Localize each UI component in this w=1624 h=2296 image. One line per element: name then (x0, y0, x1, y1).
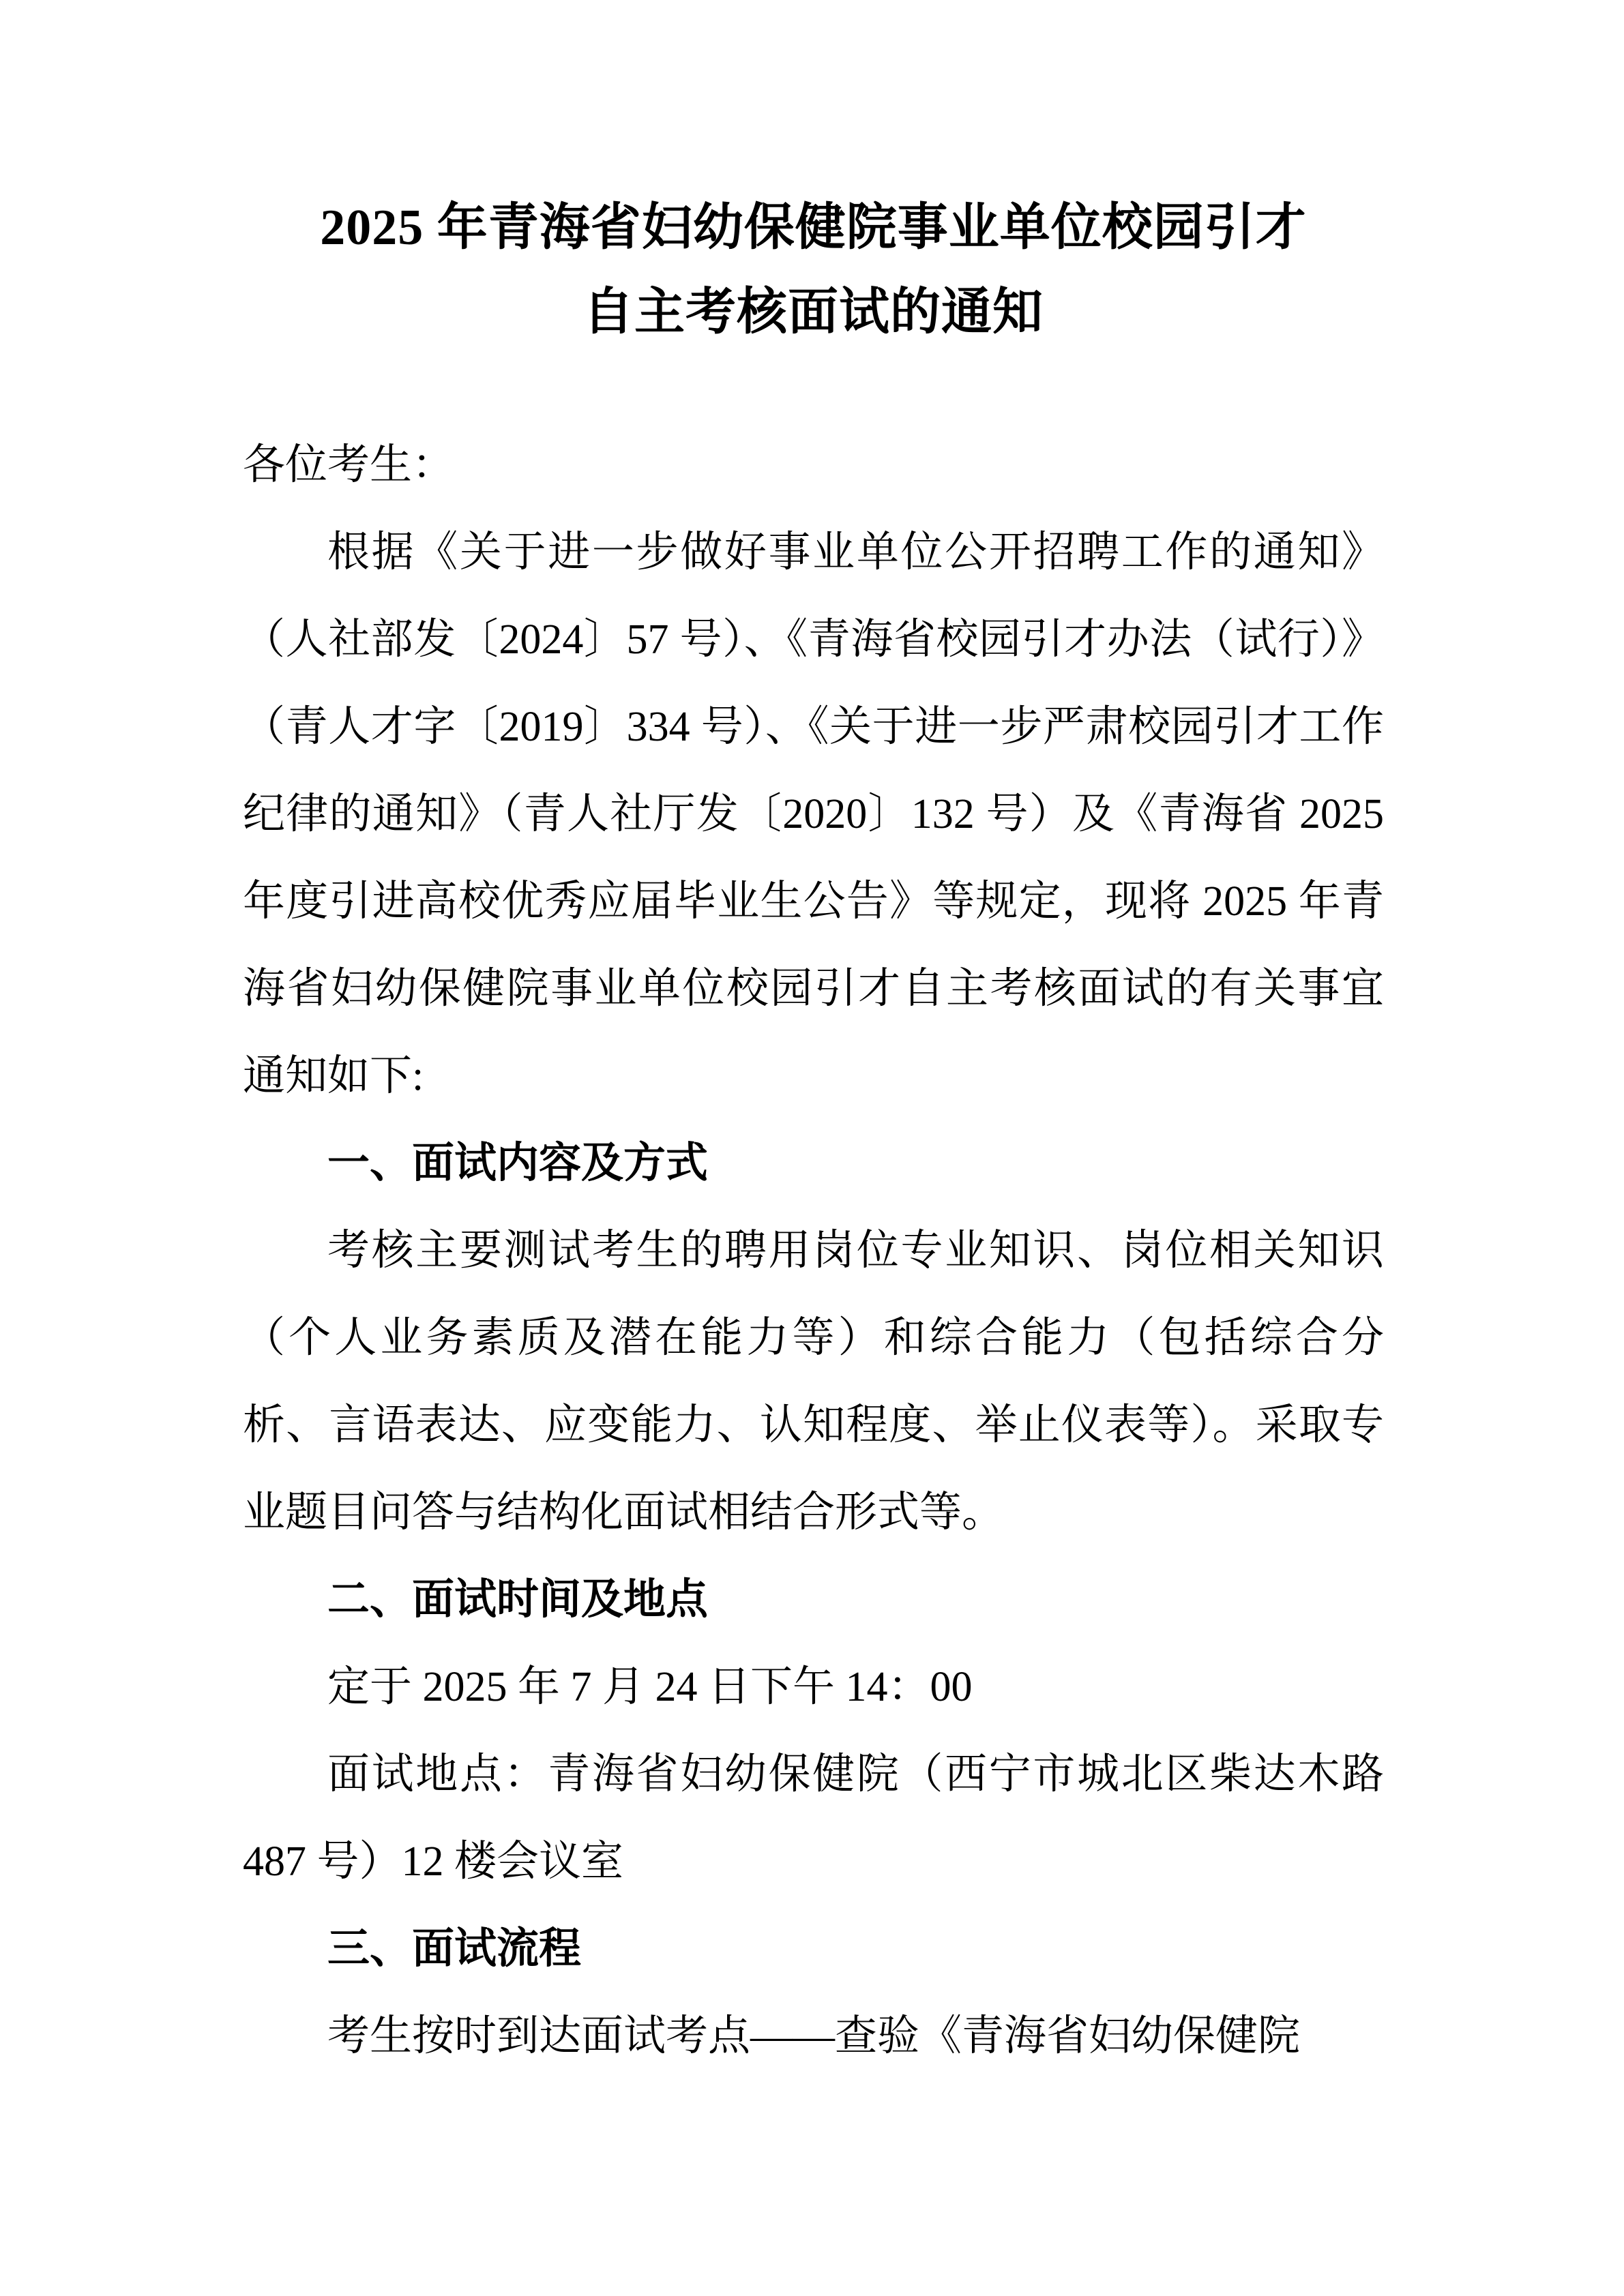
paragraph-legal-basis: 根据《关于进一步做好事业单位公开招聘工作的通知》（人社部发〔2024〕57 号）… (243, 509, 1384, 1120)
document-page: 2025 年青海省妇幼保健院事业单位校园引才 自主考核面试的通知 各位考生： 根… (0, 0, 1624, 2296)
salutation: 各位考生： (243, 421, 1384, 509)
paragraph-interview-time: 定于 2025 年 7 月 24 日下午 14：00 (243, 1643, 1384, 1731)
title-line-1: 2025 年青海省妇幼保健院事业单位校园引才 (320, 200, 1307, 256)
paragraph-interview-location: 面试地点：青海省妇幼保健院（西宁市城北区柴达木路 487 号）12 楼会议室 (243, 1731, 1384, 1905)
section-heading-interview-content: 一、面试内容及方式 (243, 1120, 1384, 1207)
title-line-2: 自主考核面试的通知 (583, 284, 1044, 340)
paragraph-interview-process: 考生按时到达面试考点——查验《青海省妇幼保健院 (243, 1993, 1384, 2080)
page-title: 2025 年青海省妇幼保健院事业单位校园引才 自主考核面试的通知 (243, 185, 1384, 355)
section-heading-interview-time-place: 二、面试时间及地点 (243, 1556, 1384, 1643)
paragraph-interview-content: 考核主要测试考生的聘用岗位专业知识、岗位相关知识（个人业务素质及潜在能力等）和综… (243, 1207, 1384, 1556)
document-body: 各位考生： 根据《关于进一步做好事业单位公开招聘工作的通知》（人社部发〔2024… (243, 421, 1384, 2080)
section-heading-interview-process: 三、面试流程 (243, 1905, 1384, 1993)
